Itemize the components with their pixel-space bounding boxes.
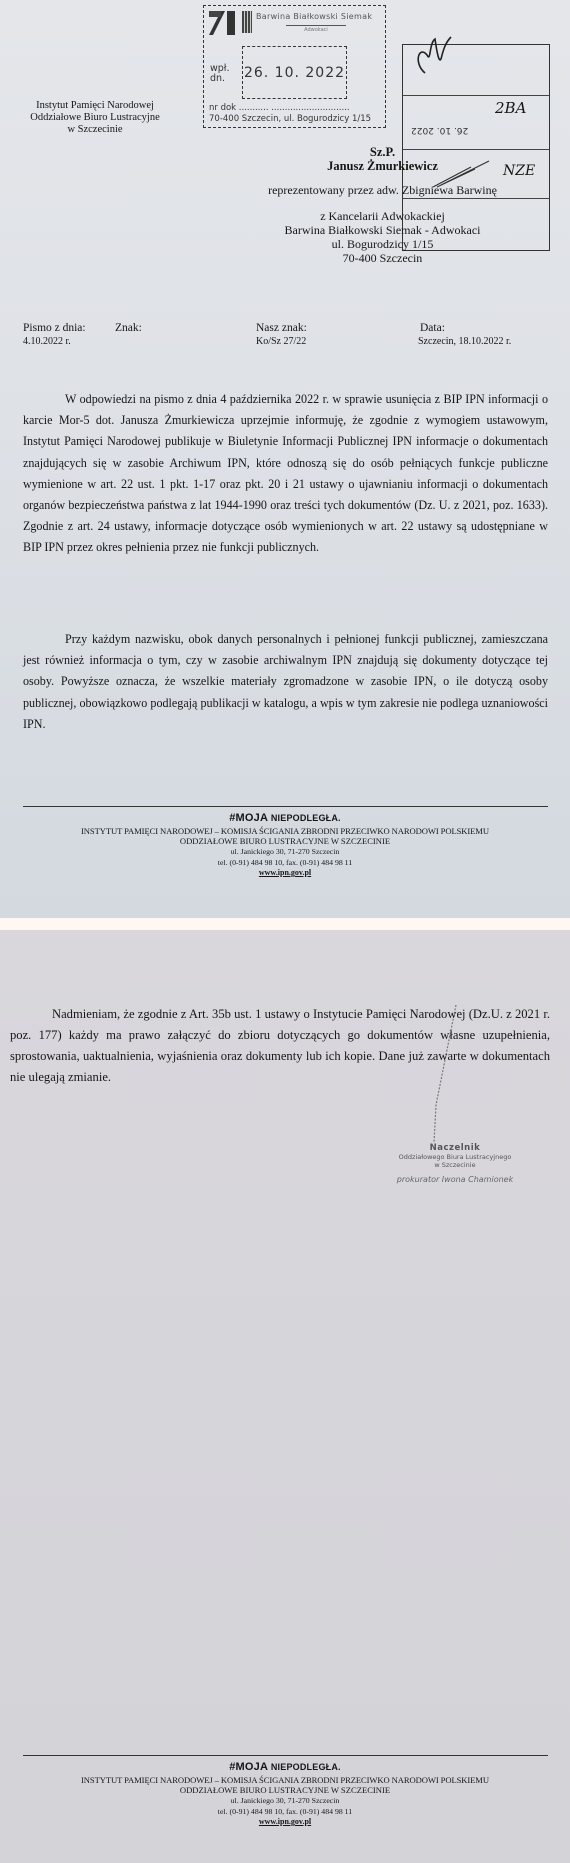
footer-address: ul. Janickiego 30, 71-270 Szczecin xyxy=(0,1795,570,1806)
received-label-line: dn. xyxy=(210,74,230,84)
salutation: Sz.P. xyxy=(240,145,525,159)
date-label: Data: xyxy=(420,322,511,335)
letter-date-label: Pismo z dnia: xyxy=(23,322,86,335)
footer-divider xyxy=(23,1755,548,1756)
office-line: Barwina Białkowski Siemak - Adwokaci xyxy=(240,223,525,237)
sender-line: Oddziałowe Biuro Lustracyjne xyxy=(25,112,165,124)
brand-text: NIEPODLEGŁA. xyxy=(271,1762,341,1772)
footer-brand: #MOJA NIEPODLEGŁA. xyxy=(0,812,570,824)
sender-block: Instytut Pamięci Narodowej Oddziałowe Bi… xyxy=(25,100,165,136)
office-line: ul. Bogurodzicy 1/15 xyxy=(240,237,525,251)
date-value: Szczecin, 18.10.2022 r. xyxy=(418,335,511,348)
stamp-address: 70-400 Szczecin, ul. Bogurodzicy 1/15 xyxy=(209,114,371,124)
letter-date-value: 4.10.2022 r. xyxy=(23,335,86,348)
office-line: 70-400 Szczecin xyxy=(240,251,525,265)
signatory-unit: Oddziałowego Biura Lustracyjnego xyxy=(375,1153,535,1161)
sender-line: Instytut Pamięci Narodowej xyxy=(25,100,165,112)
footer-org: INSTYTUT PAMIĘCI NARODOWEJ – KOMISJA ŚCI… xyxy=(0,826,570,836)
footer-website-link[interactable]: www.ipn.gov.pl xyxy=(0,868,570,877)
body-paragraph: W odpowiedzi na pismo z dnia 4 październ… xyxy=(23,389,548,559)
our-reference-value: Ko/Sz 27/22 xyxy=(256,335,307,348)
footer-divider xyxy=(23,806,548,807)
brand-text: NIEPODLEGŁA. xyxy=(271,813,341,823)
brand-hashtag: #MOJA xyxy=(229,1761,268,1773)
footer-phone: tel. (0-91) 484 98 10, fax. (0-91) 484 9… xyxy=(0,1806,570,1817)
brand-hashtag: #MOJA xyxy=(229,812,268,824)
received-label: wpł. dn. xyxy=(210,64,230,84)
footer-unit: ODDZIAŁOWE BIURO LUSTRACYJNE W SZCZECINI… xyxy=(0,836,570,846)
signatory-stamp: Naczelnik Oddziałowego Biura Lustracyjne… xyxy=(375,1143,535,1184)
handwritten-initials: 2BA xyxy=(495,99,526,117)
footer-website-link[interactable]: www.ipn.gov.pl xyxy=(0,1817,570,1826)
letter-footer: #MOJA NIEPODLEGŁA. INSTYTUT PAMIĘCI NARO… xyxy=(0,1755,570,1826)
receipt-stamp: Barwina Białkowski Siemak Adwokaci wpł. … xyxy=(203,5,386,128)
doc-number-label: nr dok ........... .....................… xyxy=(209,103,350,113)
signature-icon xyxy=(411,33,461,83)
letter-page-1: Instytut Pamięci Narodowej Oddziałowe Bi… xyxy=(0,0,570,918)
footer-phone: tel. (0-91) 484 98 10, fax. (0-91) 484 9… xyxy=(0,857,570,868)
footer-org: INSTYTUT PAMIĘCI NARODOWEJ – KOMISJA ŚCI… xyxy=(0,1775,570,1785)
law-firm-logo-icon xyxy=(209,11,237,35)
our-reference-field: Nasz znak: Ko/Sz 27/22 xyxy=(256,322,307,348)
our-reference-label: Nasz znak: xyxy=(256,322,307,335)
body-paragraph: Przy każdym nazwisku, obok danych person… xyxy=(23,629,548,735)
represented-by: reprezentowany przez adw. Zbigniewa Barw… xyxy=(240,183,525,197)
footer-address: ul. Janickiego 30, 71-270 Szczecin xyxy=(0,846,570,857)
reference-label: Znak: xyxy=(115,322,142,335)
addressee-name: Janusz Żmurkiewicz xyxy=(240,159,525,173)
sender-line: w Szczecinie xyxy=(25,124,165,136)
footer-brand: #MOJA NIEPODLEGŁA. xyxy=(0,1761,570,1773)
letter-footer: #MOJA NIEPODLEGŁA. INSTYTUT PAMIĘCI NARO… xyxy=(0,806,570,877)
stamp-firm-sub: Adwokaci xyxy=(286,25,346,33)
signatory-unit: w Szczecinie xyxy=(375,1161,535,1169)
letter-date-field: Pismo z dnia: 4.10.2022 r. xyxy=(23,322,86,348)
stamp-firm-name: Barwina Białkowski Siemak xyxy=(256,12,372,21)
signatory-title: Naczelnik xyxy=(375,1143,535,1153)
body-paragraph: Nadmieniam, że zgodnie z Art. 35b ust. 1… xyxy=(10,1004,550,1088)
signatory-name: prokurator Iwona Chamionek xyxy=(375,1175,535,1184)
office-line: z Kancelarii Adwokackiej xyxy=(240,209,525,223)
grid-row: 26. 10. 2022 2BA xyxy=(403,95,549,150)
footer-unit: ODDZIAŁOWE BIURO LUSTRACYJNE W SZCZECINI… xyxy=(0,1785,570,1795)
received-date: 26. 10. 2022 xyxy=(242,46,347,99)
reference-field: Znak: xyxy=(115,322,142,335)
addressee-block: Sz.P. Janusz Żmurkiewicz reprezentowany … xyxy=(240,145,525,265)
rotated-date: 26. 10. 2022 xyxy=(411,125,468,135)
date-field: Data: Szczecin, 18.10.2022 r. xyxy=(418,322,511,348)
stamp-qr-icon xyxy=(242,11,252,33)
